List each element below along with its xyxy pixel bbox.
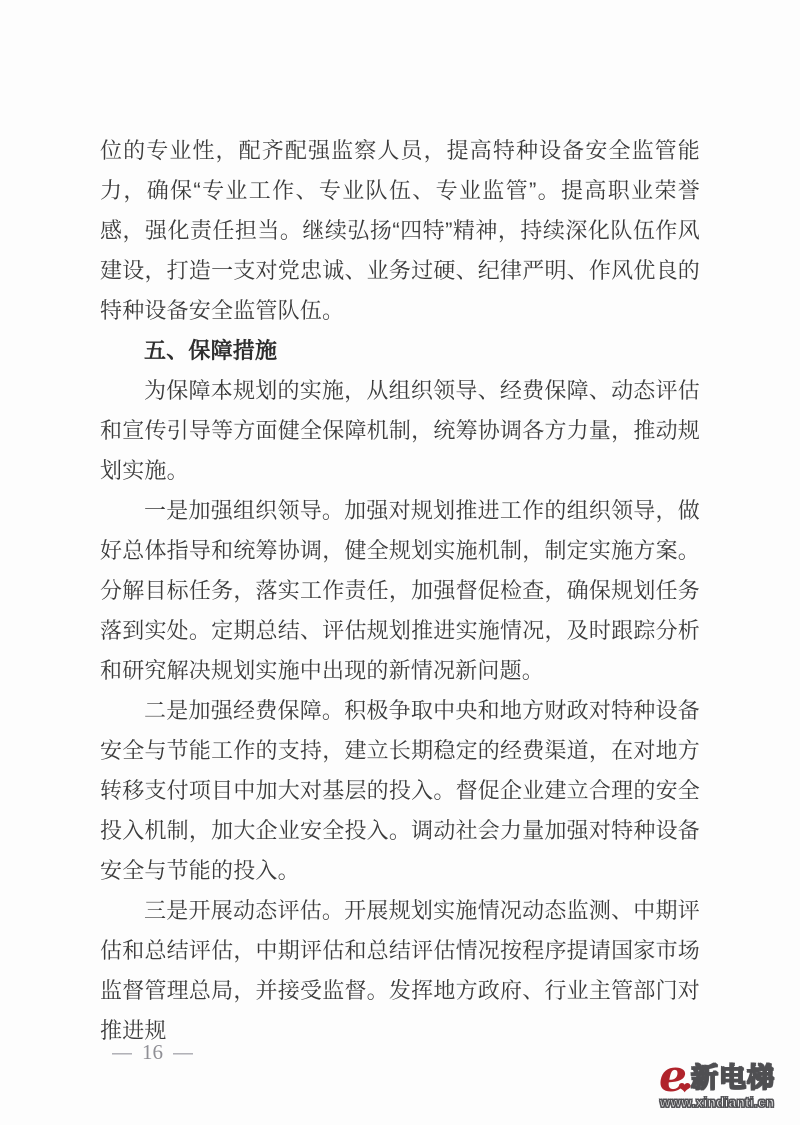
- logo-e-icon: e ❤: [659, 1060, 687, 1094]
- paragraph: 为保障本规划的实施，从组织领导、经费保障、动态评估和宣传引导等方面健全保障机制，…: [100, 371, 700, 491]
- logo-site-name: 新电梯: [691, 1062, 775, 1094]
- paragraph: 三是开展动态评估。开展规划实施情况动态监测、中期评估和总结评估，中期评估和总结评…: [100, 891, 700, 1051]
- document-body: 位的专业性，配齐配强监察人员，提高特种设备安全监管能力，确保“专业工作、专业队伍…: [100, 131, 700, 1051]
- page-number-dash-right: —: [173, 1043, 193, 1063]
- paragraph: 二是加强经费保障。积极争取中央和地方财政对特种设备安全与节能工作的支持，建立长期…: [100, 691, 700, 891]
- site-logo: e ❤ 新电梯 www.xindianti.cn: [642, 1056, 792, 1110]
- heart-icon: ❤: [678, 1081, 691, 1096]
- section-heading: 五、保障措施: [100, 331, 700, 371]
- document-page: 位的专业性，配齐配强监察人员，提高特种设备安全监管能力，确保“专业工作、专业队伍…: [0, 0, 800, 1125]
- page-number: — 16 —: [112, 1042, 193, 1063]
- page-number-value: 16: [142, 1042, 163, 1063]
- paragraph: 一是加强组织领导。加强对规划推进工作的组织领导，做好总体指导和统筹协调，健全规划…: [100, 491, 700, 691]
- logo-top-row: e ❤ 新电梯: [642, 1056, 792, 1094]
- page-number-dash-left: —: [112, 1043, 132, 1063]
- paragraph: 位的专业性，配齐配强监察人员，提高特种设备安全监管能力，确保“专业工作、专业队伍…: [100, 131, 700, 331]
